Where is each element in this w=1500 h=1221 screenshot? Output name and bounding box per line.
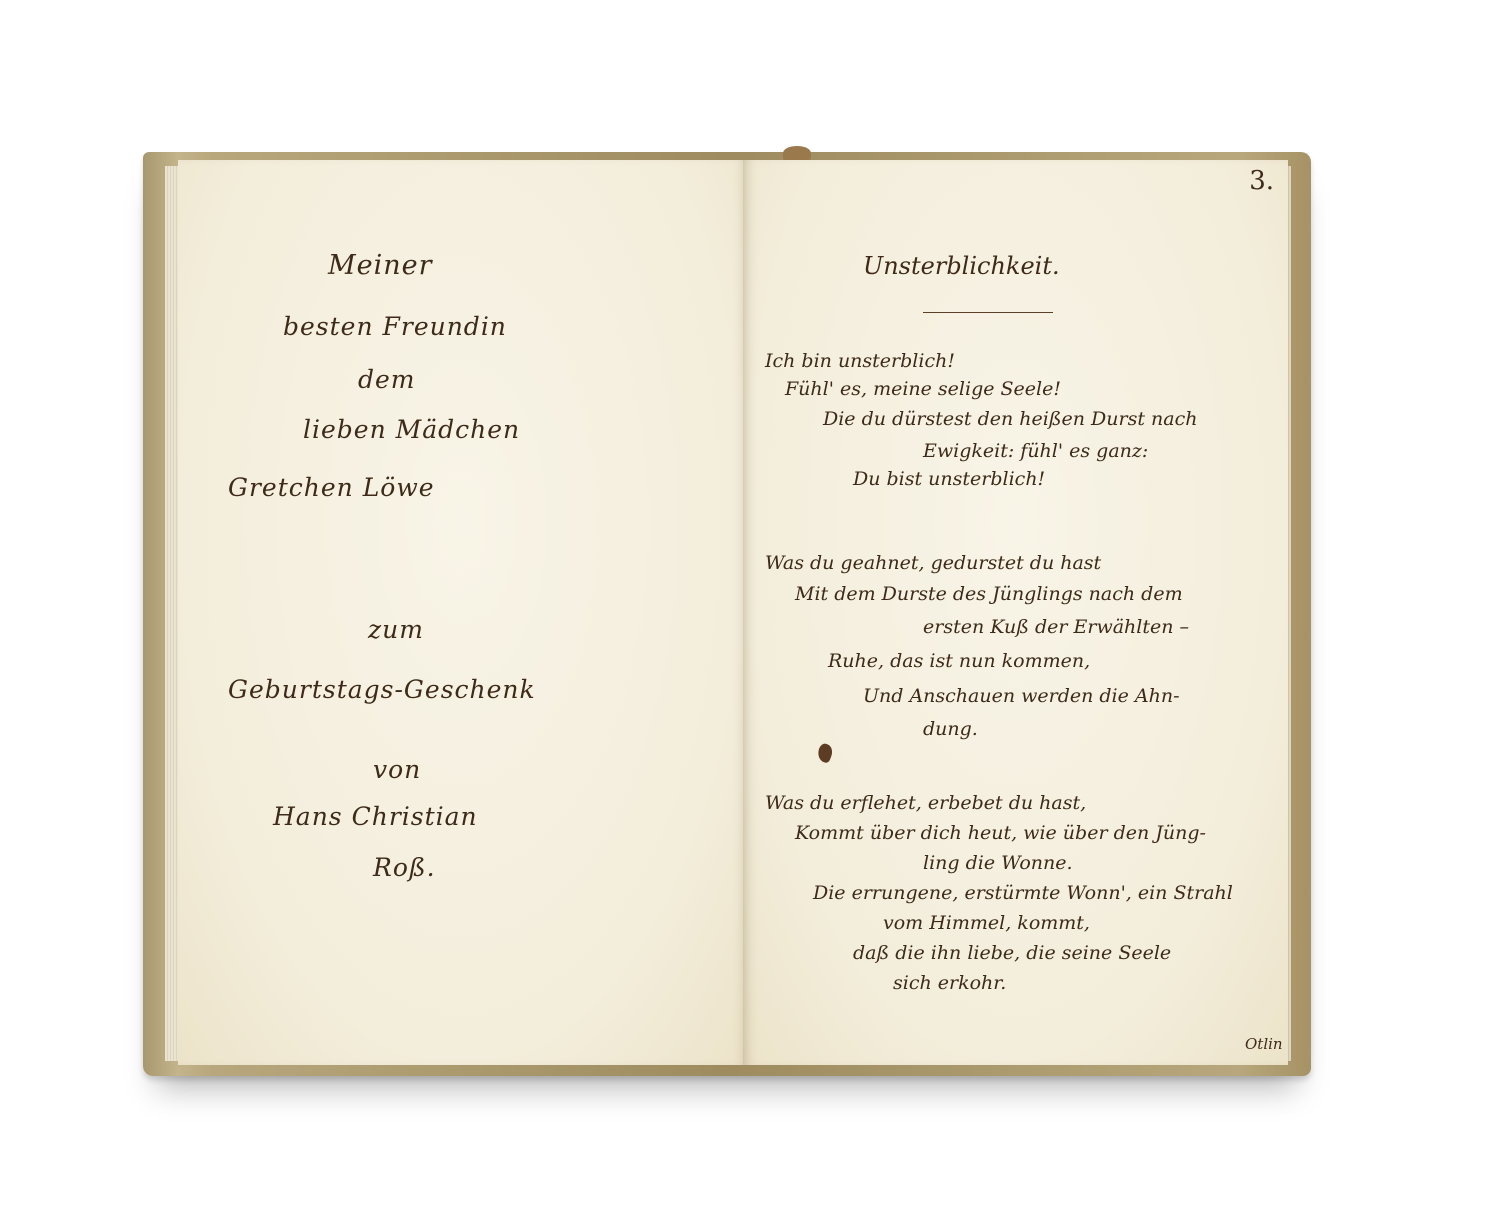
dedication-line: von xyxy=(373,755,421,784)
poem-line: ling die Wonne. xyxy=(923,852,1073,874)
poem-line: Mit dem Durste des Jünglings nach dem xyxy=(795,583,1183,605)
title-divider xyxy=(923,312,1053,313)
dedication-line: Gretchen Löwe xyxy=(228,473,435,502)
torn-spine-fragment xyxy=(783,146,811,160)
open-notebook: Meiner besten Freundin dem lieben Mädche… xyxy=(143,152,1311,1076)
poem-line: Was du erflehet, erbebet du hast, xyxy=(765,792,1086,814)
poem-line: sich erkohr. xyxy=(893,972,1006,994)
dedication-line: besten Freundin xyxy=(283,312,507,341)
poem-line: daß die ihn liebe, die seine Seele xyxy=(853,942,1171,964)
dedication-line: zum xyxy=(368,615,424,644)
poem-line: Und Anschauen werden die Ahn- xyxy=(863,685,1180,707)
right-page: 3. Unsterblichkeit. Ich bin unsterblich!… xyxy=(743,160,1288,1065)
page-edges-left xyxy=(165,166,179,1061)
dedication-line: Meiner xyxy=(328,250,433,281)
poem-line: Ewigkeit: fühl' es ganz: xyxy=(923,440,1148,462)
poem-line: dung. xyxy=(923,718,978,740)
dedication-line: dem xyxy=(358,365,416,394)
poem-line: Fühl' es, meine selige Seele! xyxy=(785,378,1061,400)
poem-title: Unsterblichkeit. xyxy=(863,252,1060,280)
dedication-line: Roß. xyxy=(373,853,436,882)
dedication-line: Geburtstags-Geschenk xyxy=(228,675,536,704)
poem-line: Ich bin unsterblich! xyxy=(765,350,955,372)
poem-line: Kommt über dich heut, wie über den Jüng- xyxy=(795,822,1206,844)
poem-line: Ruhe, das ist nun kommen, xyxy=(828,650,1090,672)
poem-line: vom Himmel, kommt, xyxy=(883,912,1090,934)
left-page: Meiner besten Freundin dem lieben Mädche… xyxy=(178,160,747,1065)
poem-line: Was du geahnet, gedurstet du hast xyxy=(765,552,1101,574)
poem-line: ersten Kuß der Erwählten – xyxy=(923,616,1189,638)
page-number: 3. xyxy=(1249,166,1274,196)
poem-line: Die errungene, erstürmte Wonn', ein Stra… xyxy=(813,882,1233,904)
dedication-line: lieben Mädchen xyxy=(303,415,520,444)
poem-line: Die du dürstest den heißen Durst nach xyxy=(823,408,1197,430)
signature: Otlin xyxy=(1245,1035,1283,1053)
dedication-line: Hans Christian xyxy=(273,802,478,831)
poem-line: Du bist unsterblich! xyxy=(853,468,1045,490)
